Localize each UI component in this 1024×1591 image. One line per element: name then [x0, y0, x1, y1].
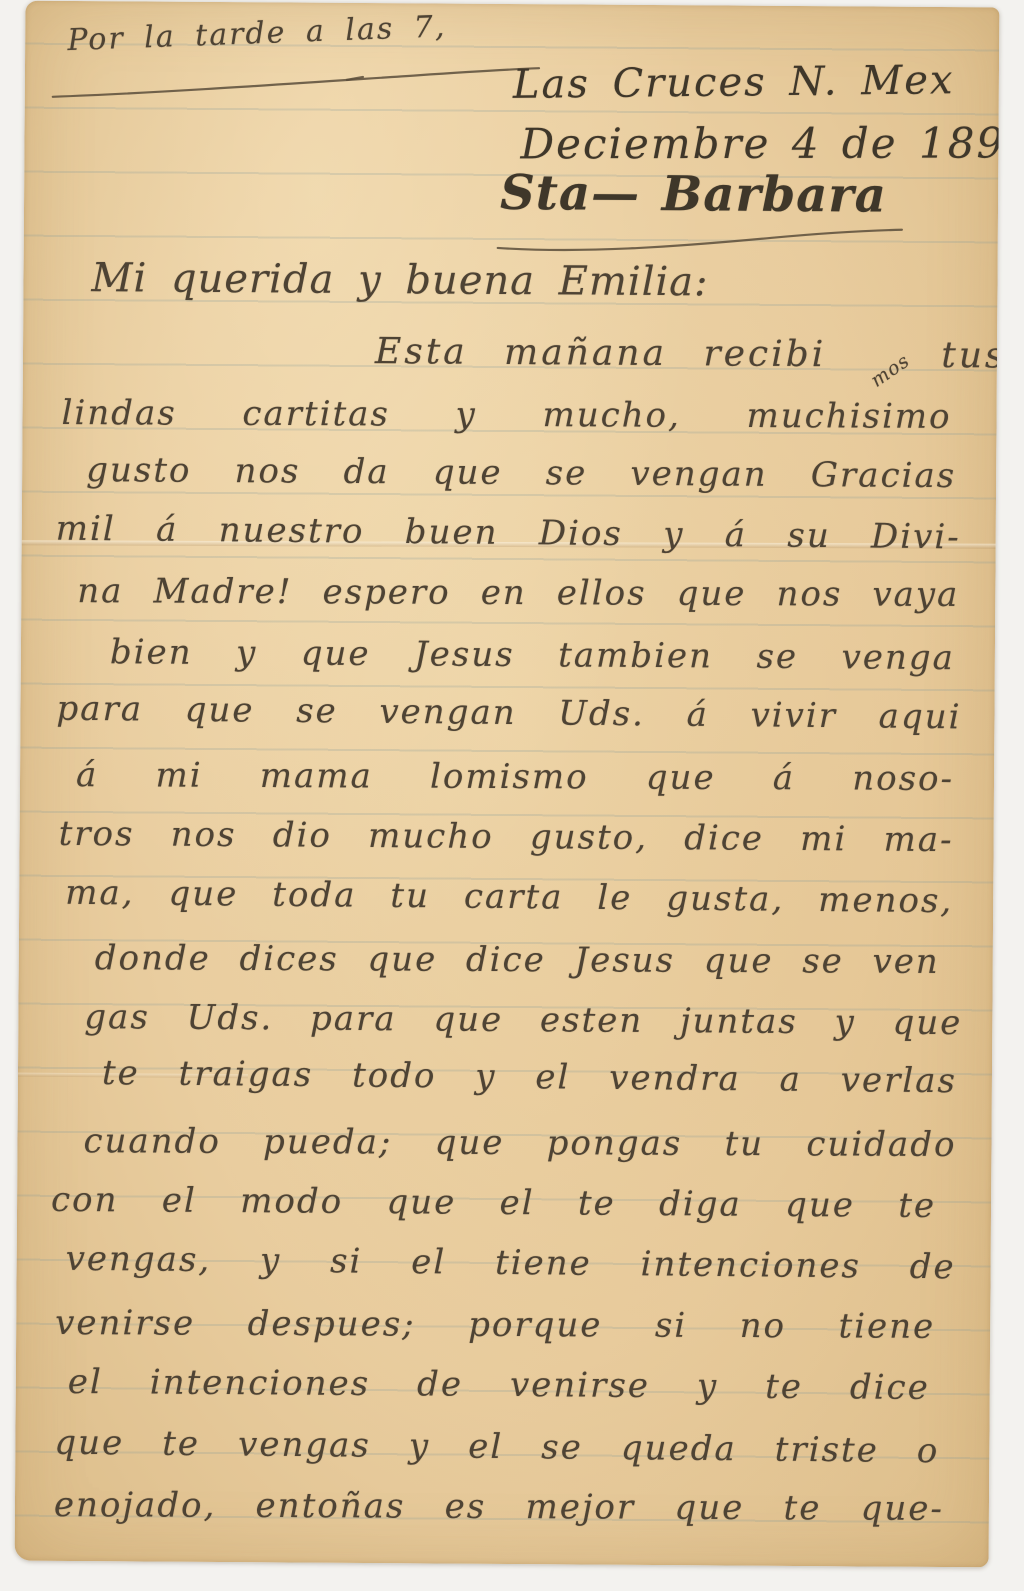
letter-paper: Por la tarde a las 7, Las Cruces N. Mex … [15, 1, 1000, 1568]
dateline-location: Sta— Barbara [500, 168, 887, 221]
letter-line: con el modo que el te diga que te [51, 1183, 936, 1225]
opening-line: Esta mañana recibi mos tus [375, 333, 1000, 375]
opening-inserted-word: mos [868, 351, 914, 391]
letter-line: vengas, y si el tiene intenciones de [65, 1242, 955, 1286]
letter-line: donde dices que dice Jesus que se ven [95, 941, 940, 980]
letter-line: para que se vengan Uds. á vivir aqui [56, 692, 961, 736]
location-underline-flourish [492, 222, 912, 261]
letter-line: enojado, entoñas es mejor que te que- [54, 1488, 944, 1528]
letter-line: á mi mama lomismo que á noso- [76, 758, 954, 798]
letter-line: bien y que Jesus tambien se venga [110, 635, 955, 677]
letter-line: lindas cartitas y mucho, muchisimo [61, 396, 951, 436]
salutation: Mi querida y buena Emilia: [91, 257, 708, 303]
annotation-time-note: Por la tarde a las 7, [67, 11, 447, 56]
dateline-place: Las Cruces N. Mex [513, 59, 955, 106]
opening-text-after: tus [941, 335, 999, 376]
letter-line: que te vengas y el se queda triste o [54, 1426, 939, 1470]
letter-line: el intenciones de venirse y te dice [68, 1365, 930, 1407]
letter-body: lindas cartitas y mucho, muchisimogusto … [25, 1, 999, 8]
letter-line: tros nos dio mucho gusto, dice mi ma- [59, 817, 954, 859]
letter-line: mil á nuestro buen Dios y á su Divi- [56, 512, 961, 556]
letter-line: ma, que toda tu carta le gusta, menos, [65, 876, 953, 920]
letter-line: venirse despues; porque si no tiene [55, 1306, 935, 1346]
dateline-date: Deciembre 4 de 1899 [520, 121, 999, 166]
annotation-underline-flourish [47, 57, 547, 110]
letter-line: cuando pueda; que pongas tu cuidado [83, 1124, 956, 1163]
letter-line: gusto nos da que se vengan Gracias [86, 453, 956, 495]
letter-line: gas Uds. para que esten juntas y que [84, 1000, 962, 1042]
letter-line: te traigas todo y el vendra a verlas [102, 1056, 957, 1100]
letter-line: na Madre! espero en ellos que nos vaya [77, 574, 959, 614]
opening-text: Esta mañana recibi [375, 331, 826, 375]
